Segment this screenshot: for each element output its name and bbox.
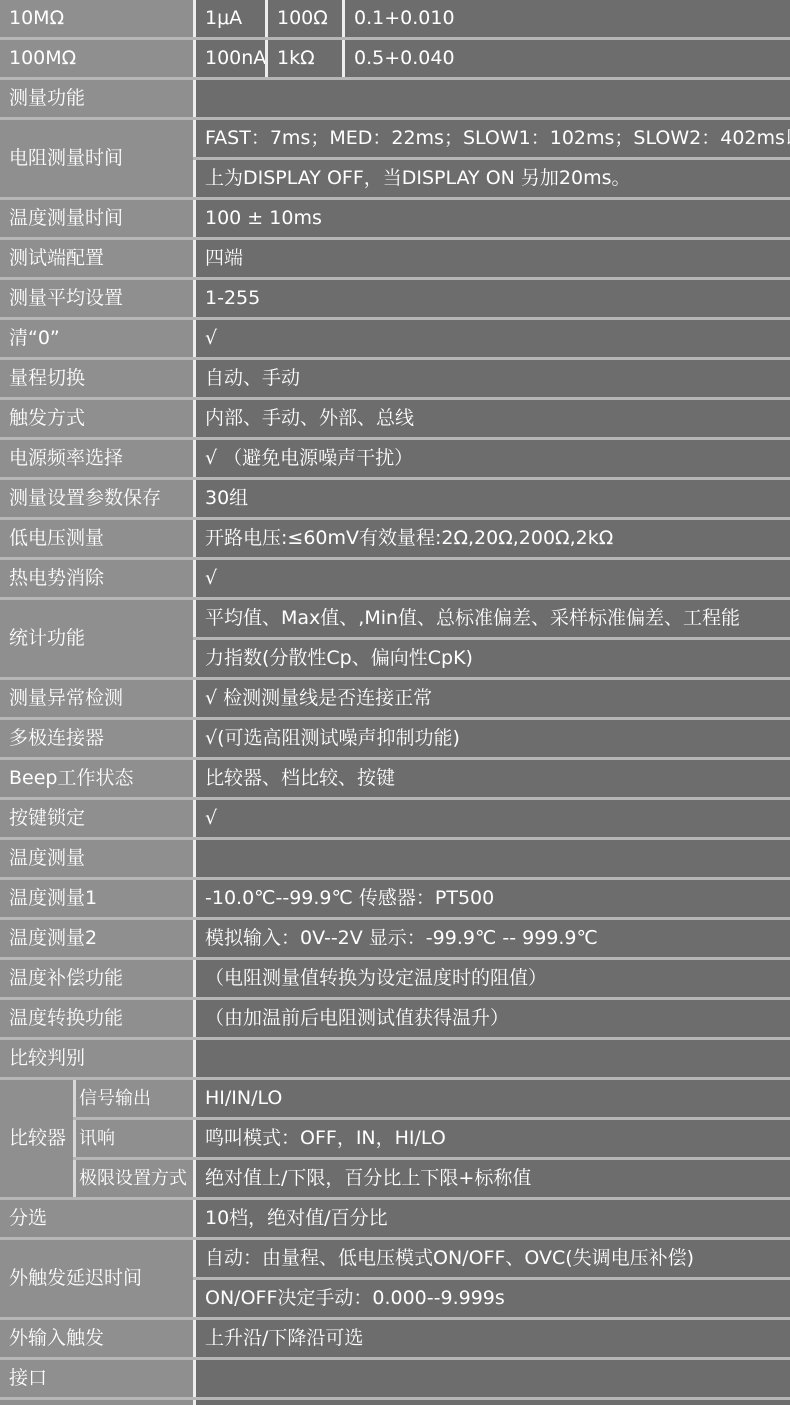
spec-label-cell: 清“0” [0, 320, 193, 357]
section-row: 温度测量 [0, 840, 790, 877]
spec-label-cell: 温度转换功能 [0, 1000, 193, 1037]
spec-value-cell: √(可选高阻测试噪声抑制功能) [193, 720, 790, 757]
comparator-sub-value-cell: 绝对值上/下限，百分比上下限+标称值 [193, 1160, 790, 1197]
spec-label-cell: 电源频率选择 [0, 440, 193, 477]
spec-row: 外输入触发上升沿/下降沿可选 [0, 1320, 790, 1357]
spec-label-cell: 热电势消除 [0, 560, 193, 597]
comparator-sub-label-cell: 极限设置方式 [73, 1160, 193, 1197]
spec-label-cell: 触发方式 [0, 400, 193, 437]
spec-label-cell: 测试端配置 [0, 240, 193, 277]
comparator-sub-value-cell: 鸣叫模式：OFF，IN，HI/LO [193, 1120, 790, 1157]
section-header-cell: 比较判别 [0, 1040, 193, 1077]
spec-row: 触发方式内部、手动、外部、总线 [0, 400, 790, 437]
spec-label-cell: 多极连接器 [0, 720, 193, 757]
spec-value-cell: √ [193, 560, 790, 597]
spec-value-line-1: 自动：由量程、低电压模式ON/OFF、OVC(失调电压补偿) [193, 1240, 790, 1277]
resolution-cell: 100Ω [265, 0, 342, 37]
spec-value-cell: √ （避免电源噪声干扰） [193, 440, 790, 477]
accuracy-cell: 0.1+0.010 [342, 0, 790, 37]
spec-row: 测量异常检测√ 检测测量线是否连接正常 [0, 680, 790, 717]
spec-row: 温度测量时间100 ± 10ms [0, 200, 790, 237]
spec-row: 测量平均设置1-255 [0, 280, 790, 317]
spec-table: 10MΩ1μA100Ω0.1+0.010100MΩ100nA1kΩ0.5+0.0… [0, 0, 790, 1405]
spec-row: 热电势消除√ [0, 560, 790, 597]
section-empty-cell [193, 1040, 790, 1077]
test-current-cell: 1μA [193, 0, 265, 37]
spec-value-cell: 比较器、档比较、按键 [193, 760, 790, 797]
spec-value-cell: 10档，绝对值/百分比 [193, 1200, 790, 1237]
range-cell: 10MΩ [0, 0, 193, 37]
spec-row: 测试端配置四端 [0, 240, 790, 277]
partial-value-cell [193, 1400, 790, 1405]
spec-label-cell: 温度测量2 [0, 920, 193, 957]
section-row: 测量功能 [0, 80, 790, 117]
spec-label-cell: 电阻测量时间 [0, 120, 193, 197]
spec-value-cell: 开路电压:≤60mV有效量程:2Ω,20Ω,200Ω,2kΩ [193, 520, 790, 557]
spec-value-cell: 自动、手动 [193, 360, 790, 397]
spec-value-line-1: 平均值、Max值、,Min值、总标准偏差、采样标准偏差、工程能 [193, 600, 790, 637]
section-header-cell: 接口 [0, 1360, 193, 1397]
section-empty-cell [193, 840, 790, 877]
spec-label-cell: 测量设置参数保存 [0, 480, 193, 517]
spec-label-cell: 外触发延迟时间 [0, 1240, 193, 1317]
spec-value-cell: √ [193, 800, 790, 837]
spec-row: 测量设置参数保存30组 [0, 480, 790, 517]
spec-value-cell: （电阻测量值转换为设定温度时的阻值） [193, 960, 790, 997]
spec-row: 按键锁定√ [0, 800, 790, 837]
accuracy-cell: 0.5+0.040 [342, 40, 790, 77]
spec-label-cell: 分选 [0, 1200, 193, 1237]
section-row: 接口 [0, 1360, 790, 1397]
spec-row: 分选10档，绝对值/百分比 [0, 1200, 790, 1237]
spec-value-cell: -10.0℃--99.9℃ 传感器：PT500 [193, 880, 790, 917]
spec-value-cell: （由加温前后电阻测试值获得温升） [193, 1000, 790, 1037]
section-header-cell: 温度测量 [0, 840, 193, 877]
spec-value-line-2: 力指数(分散性Cp、偏向性CpK) [193, 640, 790, 677]
resolution-cell: 1kΩ [265, 40, 342, 77]
section-header-cell: 测量功能 [0, 80, 193, 117]
partial-row [0, 1400, 790, 1405]
spec-row: Beep工作状态比较器、档比较、按键 [0, 760, 790, 797]
comparator-sub-value-cell: HI/IN/LO [193, 1080, 790, 1117]
spec-row-two-line: 电阻测量时间FAST：7ms；MED：22ms；SLOW1：102ms；SLOW… [0, 120, 790, 197]
spec-value-line-2: 上为DISPLAY OFF，当DISPLAY ON 另加20ms。 [193, 160, 790, 197]
spec-row-two-line: 统计功能平均值、Max值、,Min值、总标准偏差、采样标准偏差、工程能力指数(分… [0, 600, 790, 677]
range-cell: 100MΩ [0, 40, 193, 77]
spec-value-line-2: ON/OFF决定手动：0.000--9.999s [193, 1280, 790, 1317]
section-empty-cell [193, 1360, 790, 1397]
spec-label-cell: 测量异常检测 [0, 680, 193, 717]
spec-value-cell: 内部、手动、外部、总线 [193, 400, 790, 437]
spec-label-cell: Beep工作状态 [0, 760, 193, 797]
spec-value-cell: 上升沿/下降沿可选 [193, 1320, 790, 1357]
spec-value-cell: √ [193, 320, 790, 357]
section-row: 比较判别 [0, 1040, 790, 1077]
spec-value-cell: 1-255 [193, 280, 790, 317]
spec-row: 电源频率选择√ （避免电源噪声干扰） [0, 440, 790, 477]
spec-label-cell: 温度补偿功能 [0, 960, 193, 997]
spec-row: 温度测量2模拟输入：0V--2V 显示：-99.9℃ -- 999.9℃ [0, 920, 790, 957]
spec-value-cell: 四端 [193, 240, 790, 277]
spec-label-cell: 测量平均设置 [0, 280, 193, 317]
spec-row-two-line: 外触发延迟时间自动：由量程、低电压模式ON/OFF、OVC(失调电压补偿)ON/… [0, 1240, 790, 1317]
test-current-cell: 100nA [193, 40, 265, 77]
spec-value-cell: 模拟输入：0V--2V 显示：-99.9℃ -- 999.9℃ [193, 920, 790, 957]
spec-value-cell: 30组 [193, 480, 790, 517]
partial-label-cell [0, 1400, 193, 1405]
section-empty-cell [193, 80, 790, 117]
spec-label-cell: 温度测量1 [0, 880, 193, 917]
spec-row: 低电压测量开路电压:≤60mV有效量程:2Ω,20Ω,200Ω,2kΩ [0, 520, 790, 557]
spec-label-cell: 按键锁定 [0, 800, 193, 837]
spec-value-cell: √ 检测测量线是否连接正常 [193, 680, 790, 717]
spec-value-line-1: FAST：7ms；MED：22ms；SLOW1：102ms；SLOW2：402m… [193, 120, 790, 157]
spec-row: 多极连接器√(可选高阻测试噪声抑制功能) [0, 720, 790, 757]
range-row: 100MΩ100nA1kΩ0.5+0.040 [0, 40, 790, 77]
comparator-group-cell: 比较器 [0, 1080, 73, 1197]
spec-row: 量程切换自动、手动 [0, 360, 790, 397]
spec-value-cell: 100 ± 10ms [193, 200, 790, 237]
spec-label-cell: 量程切换 [0, 360, 193, 397]
spec-label-cell: 低电压测量 [0, 520, 193, 557]
range-row: 10MΩ1μA100Ω0.1+0.010 [0, 0, 790, 37]
spec-row: 清“0”√ [0, 320, 790, 357]
spec-row: 温度测量1-10.0℃--99.9℃ 传感器：PT500 [0, 880, 790, 917]
spec-label-cell: 外输入触发 [0, 1320, 193, 1357]
comparator-group: 比较器信号输出HI/IN/LO讯响鸣叫模式：OFF，IN，HI/LO极限设置方式… [0, 1080, 790, 1197]
comparator-sub-label-cell: 信号输出 [73, 1080, 193, 1117]
spec-label-cell: 统计功能 [0, 600, 193, 677]
spec-row: 温度补偿功能（电阻测量值转换为设定温度时的阻值） [0, 960, 790, 997]
comparator-sub-label-cell: 讯响 [73, 1120, 193, 1157]
spec-label-cell: 温度测量时间 [0, 200, 193, 237]
spec-row: 温度转换功能（由加温前后电阻测试值获得温升） [0, 1000, 790, 1037]
